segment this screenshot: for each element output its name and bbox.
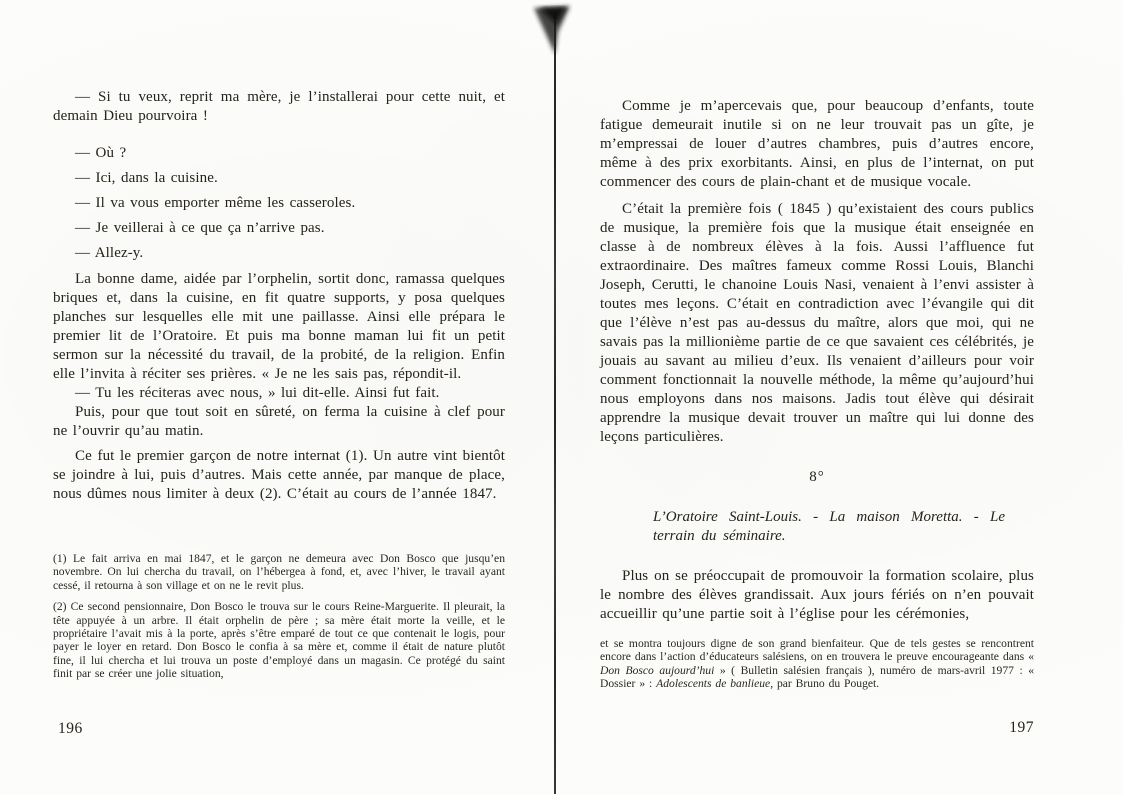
section-number: 8° [600,469,1034,486]
footnotes-block: (1) Le fait arriva en mai 1847, et le ga… [53,552,505,681]
binding-line [554,12,556,794]
left-page: — Si tu veux, reprit ma mère, je l’insta… [53,88,505,788]
dialogue-line: — Je veillerai à ce que ça n’arrive pas. [53,219,505,238]
dialogue-line: — Où ? [53,144,505,163]
paragraph: Ce fut le premier garçon de notre intern… [53,447,505,504]
paragraph: Comme je m’apercevais que, pour beaucoup… [600,97,1034,192]
paragraph: Plus on se préoccupait de promouvoir la … [600,567,1034,624]
book-scan: — Si tu veux, reprit ma mère, je l’insta… [0,0,1123,794]
page-number-left: 196 [58,720,83,738]
right-page: Comme je m’apercevais que, pour beaucoup… [600,97,1034,789]
dialogue-line: — Allez-y. [53,244,505,263]
paragraph: Puis, pour que tout soit en sûreté, on f… [53,403,505,441]
binding-smudge-icon [522,2,592,72]
section-title: L’Oratoire Saint-Louis. - La maison More… [653,508,1005,545]
dialogue-line: — Tu les réciteras avec nous, » lui dit-… [53,384,505,403]
dialogue-line: — Si tu veux, reprit ma mère, je l’insta… [53,88,505,126]
dialogue-line: — Ici, dans la cuisine. [53,169,505,188]
dialogue-line: — Il va vous emporter même les casserole… [53,194,505,213]
paragraph: La bonne dame, aidée par l’orphelin, sor… [53,270,505,384]
footnote-1: (1) Le fait arriva en mai 1847, et le ga… [53,552,505,592]
page-number-right: 197 [1009,719,1034,737]
footnote-2: (2) Ce second pensionnaire, Don Bosco le… [53,600,505,680]
paragraph: C’était la première fois ( 1845 ) qu’exi… [600,200,1034,447]
footnote-continuation: et se montra toujours digne de son grand… [600,637,1034,691]
